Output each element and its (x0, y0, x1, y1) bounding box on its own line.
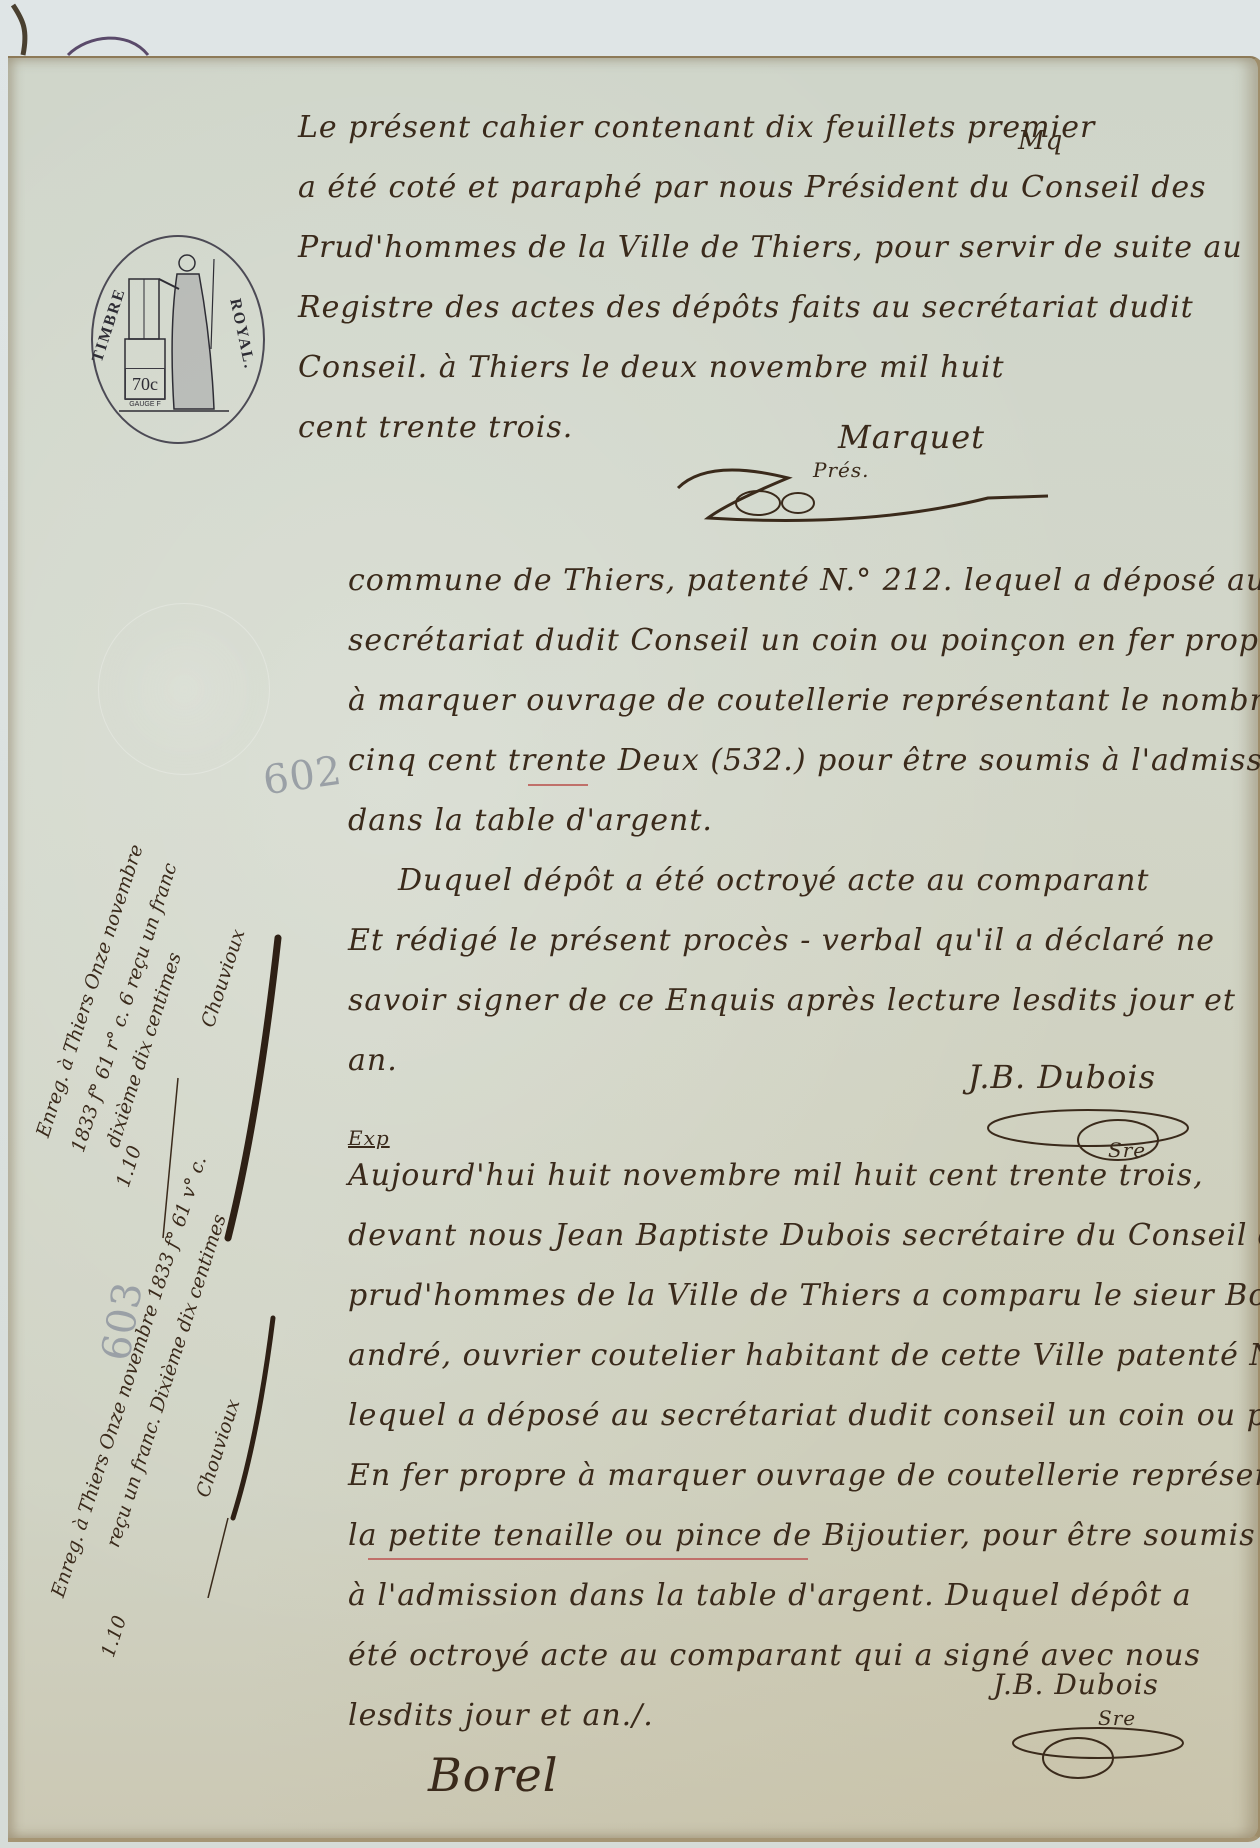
deposit1-closing-4: an. (348, 1043, 398, 1078)
deposit1-closing-3: savoir signer de ce Enquis après lecture… (348, 983, 1236, 1018)
document-page: TIMBRE ROYAL. 70c GAUGE F Le présent cah… (8, 56, 1260, 1842)
deposit1-line-2: secrétariat dudit Conseil un coin ou poi… (348, 623, 1260, 658)
header-line-3: Prud'hommes de la Ville de Thiers, pour … (298, 230, 1243, 265)
signature-dubois-1: J.B. Dubois (968, 1058, 1156, 1096)
exp-margin-label: Exp (348, 1126, 390, 1150)
pencil-number-602: 602 (260, 748, 345, 805)
stamp-base-text: GAUGE F (123, 401, 167, 411)
deposit2-line-5: lequel a déposé au secrétariat dudit con… (348, 1398, 1260, 1433)
timbre-royal-stamp: TIMBRE ROYAL. 70c GAUGE F (91, 235, 265, 444)
binding-string (8, 0, 158, 60)
deposit1-line-1: commune de Thiers, patenté N.° 212. lequ… (348, 563, 1260, 598)
deposit1-closing-2: Et rédigé le présent procès - verbal qu'… (348, 923, 1215, 958)
dubois-flourish-2 (998, 1718, 1198, 1788)
deposit1-closing-1: Duquel dépôt a été octroyé acte au compa… (398, 863, 1149, 898)
deposit2-line-6: En fer propre à marquer ouvrage de coute… (348, 1458, 1260, 1493)
header-line-1: Le présent cahier contenant dix feuillet… (298, 110, 1095, 145)
deposit2-line-3: prud'hommes de la Ville de Thiers a comp… (348, 1278, 1260, 1313)
phrase-underline (368, 1558, 808, 1560)
stamp-price: 70c (125, 368, 165, 400)
deposit2-line-8: à l'admission dans la table d'argent. Du… (348, 1578, 1192, 1613)
header-line-5: Conseil. à Thiers le deux novembre mil h… (298, 350, 1005, 385)
deposit1-line-3: à marquer ouvrage de coutellerie représe… (348, 683, 1260, 718)
number-underline (528, 784, 588, 786)
deposit1-line-5: dans la table d'argent. (348, 803, 713, 838)
header-line-6: cent trente trois. (298, 410, 573, 445)
signature-borel: Borel (428, 1748, 558, 1802)
deposit2-line-10: lesdits jour et an./. (348, 1698, 654, 1733)
margin-pen-strokes (108, 818, 308, 1598)
deposit2-line-1: Aujourd'hui huit novembre mil huit cent … (348, 1158, 1204, 1193)
deposit2-line-7: la petite tenaille ou pince de Bijoutier… (348, 1518, 1256, 1553)
deposit2-line-2: devant nous Jean Baptiste Dubois secréta… (348, 1218, 1260, 1253)
deposit1-line-4: cinq cent trente Deux (532.) pour être s… (348, 743, 1260, 778)
embossed-seal (98, 603, 270, 775)
paraph-initials: Mq (1018, 126, 1063, 156)
header-line-2: a été coté et paraphé par nous Président… (298, 170, 1207, 205)
deposit2-line-4: andré, ouvrier coutelier habitant de cet… (348, 1338, 1260, 1373)
header-line-4: Registre des actes des dépôts faits au s… (298, 290, 1194, 325)
signature-flourish (668, 448, 1068, 528)
signature-dubois-2: J.B. Dubois (993, 1668, 1159, 1701)
margin-note-2-amount: 1.10 (97, 1613, 131, 1660)
